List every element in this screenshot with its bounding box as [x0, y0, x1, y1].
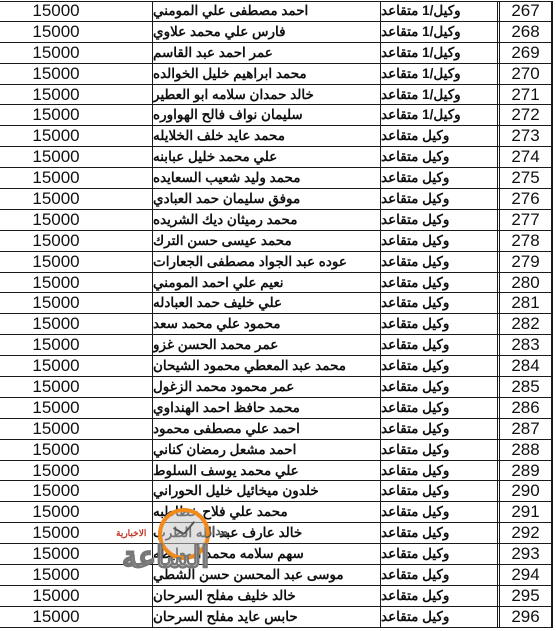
amount-cell: 15000 [0, 461, 153, 481]
amount-cell: 15000 [0, 481, 153, 501]
rank-cell: وكيل/1 متقاعد [380, 2, 497, 21]
name-cell: خالد عارف عبد الله الطرب [153, 523, 380, 543]
table-row: 15000 محمد حافظ احمد الهنداوي وكيل متقاع… [0, 398, 553, 419]
table-row: 15000 عمر محمد الحسن غزو وكيل متقاعد 283 [0, 335, 553, 356]
table-row: 15000 محمود علي محمد سعد وكيل متقاعد 282 [0, 314, 553, 335]
name-cell: محمود علي محمد سعد [153, 314, 380, 334]
rank-cell: وكيل/1 متقاعد [380, 85, 497, 105]
amount-cell: 15000 [0, 252, 153, 272]
rank-cell: وكيل متقاعد [380, 419, 497, 439]
name-cell: علي محمد يوسف السلوط [153, 461, 380, 481]
amount-cell: 15000 [0, 231, 153, 251]
name-cell: محمد عايد خلف الخلايله [153, 126, 380, 146]
rank-cell: وكيل/1 متقاعد [380, 64, 497, 84]
amount-cell: 15000 [0, 586, 153, 606]
amount-cell: 15000 [0, 43, 153, 63]
amount-cell: 15000 [0, 273, 153, 293]
amount-cell: 15000 [0, 565, 153, 585]
rank-cell: وكيل متقاعد [380, 398, 497, 418]
name-cell: احمد مصطفى علي المومني [153, 2, 380, 21]
serial-number-cell: 296 [497, 607, 553, 627]
table-row: 15000 حابس عايد مفلح السرحان وكيل متقاعد… [0, 607, 553, 628]
amount-cell: 15000 [0, 2, 153, 21]
serial-number-cell: 286 [497, 398, 553, 418]
table-row: 15000 خلدون ميخائيل خليل الحوراني وكيل م… [0, 481, 553, 502]
rank-cell: وكيل متقاعد [380, 481, 497, 501]
name-cell: محمد عبد المعطي محمود الشيحان [153, 356, 380, 376]
rank-cell: وكيل متقاعد [380, 523, 497, 543]
amount-cell: 15000 [0, 85, 153, 105]
rank-cell: وكيل متقاعد [380, 126, 497, 146]
rank-cell: وكيل متقاعد [380, 273, 497, 293]
amount-cell: 15000 [0, 293, 153, 313]
table-row: 15000 عوده عبد الجواد مصطفى الجعارات وكي… [0, 252, 553, 273]
amount-cell: 15000 [0, 377, 153, 397]
name-cell: احمد مشعل رمضان كناني [153, 440, 380, 460]
rank-cell: وكيل متقاعد [380, 607, 497, 627]
rank-cell: وكيل متقاعد [380, 377, 497, 397]
serial-number-cell: 281 [497, 293, 553, 313]
serial-number-cell: 268 [497, 22, 553, 42]
name-cell: سهم سلامه محمد المعايطه [153, 544, 380, 564]
rank-cell: وكيل متقاعد [380, 586, 497, 606]
serial-number-cell: 289 [497, 461, 553, 481]
table-row: 15000 عمر احمد عبد القاسم وكيل/1 متقاعد … [0, 43, 553, 64]
name-cell: علي خليف حمد العبادله [153, 293, 380, 313]
serial-number-cell: 291 [497, 502, 553, 522]
amount-cell: 15000 [0, 398, 153, 418]
name-cell: عوده عبد الجواد مصطفى الجعارات [153, 252, 380, 272]
table-row: 15000 نعيم علي احمد المومني وكيل متقاعد … [0, 273, 553, 294]
serial-number-cell: 292 [497, 523, 553, 543]
rank-cell: وكيل متقاعد [380, 189, 497, 209]
table-row: 15000 محمد ابراهيم خليل الخوالده وكيل/1 … [0, 64, 553, 85]
serial-number-cell: 290 [497, 481, 553, 501]
serial-number-cell: 293 [497, 544, 553, 564]
table-row: 15000 محمد عيسى حسن الترك وكيل متقاعد 27… [0, 231, 553, 252]
rank-cell: وكيل/1 متقاعد [380, 105, 497, 125]
name-cell: محمد حافظ احمد الهنداوي [153, 398, 380, 418]
serial-number-cell: 269 [497, 43, 553, 63]
rank-cell: وكيل متقاعد [380, 210, 497, 230]
table-row: 15000 سهم سلامه محمد المعايطه وكيل متقاع… [0, 544, 553, 565]
serial-number-cell: 284 [497, 356, 553, 376]
rank-cell: وكيل متقاعد [380, 356, 497, 376]
amount-cell: 15000 [0, 314, 153, 334]
serial-number-cell: 294 [497, 565, 553, 585]
serial-number-cell: 279 [497, 252, 553, 272]
name-cell: محمد وليد شعيب السعايده [153, 168, 380, 188]
rank-cell: وكيل متقاعد [380, 461, 497, 481]
table-row: 15000 علي محمد يوسف السلوط وكيل متقاعد 2… [0, 461, 553, 482]
amount-cell: 15000 [0, 356, 153, 376]
name-cell: نعيم علي احمد المومني [153, 273, 380, 293]
serial-number-cell: 285 [497, 377, 553, 397]
name-cell: محمد رميثان ديك الشريده [153, 210, 380, 230]
serial-number-cell: 273 [497, 126, 553, 146]
name-cell: علي محمد خليل عبابنه [153, 147, 380, 167]
name-cell: محمد ابراهيم خليل الخوالده [153, 64, 380, 84]
name-cell: محمد عيسى حسن الترك [153, 231, 380, 251]
amount-cell: 15000 [0, 544, 153, 564]
table-row: 15000 محمد عايد خلف الخلايله وكيل متقاعد… [0, 126, 553, 147]
serial-number-cell: 278 [497, 231, 553, 251]
rank-cell: وكيل متقاعد [380, 565, 497, 585]
rank-cell: وكيل/1 متقاعد [380, 22, 497, 42]
rank-cell: وكيل متقاعد [380, 168, 497, 188]
serial-number-cell: 272 [497, 105, 553, 125]
name-cell: سليمان نواف فالح الهواوره [153, 105, 380, 125]
rank-cell: وكيل متقاعد [380, 440, 497, 460]
table-row: 15000 محمد علي فلاح خطاطبه وكيل متقاعد 2… [0, 502, 553, 523]
amount-cell: 15000 [0, 126, 153, 146]
serial-number-cell: 267 [497, 2, 553, 21]
table-row: 15000 محمد وليد شعيب السعايده وكيل متقاع… [0, 168, 553, 189]
rank-cell: وكيل متقاعد [380, 231, 497, 251]
table-row: 15000 محمد رميثان ديك الشريده وكيل متقاع… [0, 210, 553, 231]
amount-cell: 15000 [0, 523, 153, 543]
serial-number-cell: 287 [497, 419, 553, 439]
rank-cell: وكيل متقاعد [380, 252, 497, 272]
name-cell: عمر محمد الحسن غزو [153, 335, 380, 355]
table-row: 15000 خالد حمدان سلامه ابو العطير وكيل/1… [0, 85, 553, 106]
rank-cell: وكيل متقاعد [380, 147, 497, 167]
name-cell: موفق سليمان حمد العبادي [153, 189, 380, 209]
serial-number-cell: 270 [497, 64, 553, 84]
amount-cell: 15000 [0, 22, 153, 42]
name-cell: عمر احمد عبد القاسم [153, 43, 380, 63]
amount-cell: 15000 [0, 440, 153, 460]
name-cell: حابس عايد مفلح السرحان [153, 607, 380, 627]
serial-number-cell: 280 [497, 273, 553, 293]
table-row: 15000 احمد علي مصطفى محمود وكيل متقاعد 2… [0, 419, 553, 440]
personnel-table: 15000 احمد مصطفى علي المومني وكيل/1 متقا… [0, 1, 553, 628]
table-row: 15000 علي محمد خليل عبابنه وكيل متقاعد 2… [0, 147, 553, 168]
serial-number-cell: 282 [497, 314, 553, 334]
amount-cell: 15000 [0, 419, 153, 439]
name-cell: موسى عبد المحسن حسن الشطي [153, 565, 380, 585]
rank-cell: وكيل متقاعد [380, 502, 497, 522]
serial-number-cell: 283 [497, 335, 553, 355]
serial-number-cell: 288 [497, 440, 553, 460]
serial-number-cell: 295 [497, 586, 553, 606]
rank-cell: وكيل متقاعد [380, 293, 497, 313]
serial-number-cell: 277 [497, 210, 553, 230]
amount-cell: 15000 [0, 335, 153, 355]
table-row: 15000 عمر محمود محمد الزغول وكيل متقاعد … [0, 377, 553, 398]
table-row: 15000 خالد عارف عبد الله الطرب وكيل متقا… [0, 523, 553, 544]
table-row: 15000 سليمان نواف فالح الهواوره وكيل/1 م… [0, 105, 553, 126]
amount-cell: 15000 [0, 105, 153, 125]
rank-cell: وكيل/1 متقاعد [380, 43, 497, 63]
table-row: 15000 احمد مصطفى علي المومني وكيل/1 متقا… [0, 1, 553, 22]
amount-cell: 15000 [0, 168, 153, 188]
name-cell: خالد حمدان سلامه ابو العطير [153, 85, 380, 105]
amount-cell: 15000 [0, 189, 153, 209]
table-row: 15000 موسى عبد المحسن حسن الشطي وكيل متق… [0, 565, 553, 586]
amount-cell: 15000 [0, 147, 153, 167]
name-cell: فارس علي محمد علاوي [153, 22, 380, 42]
amount-cell: 15000 [0, 64, 153, 84]
serial-number-cell: 275 [497, 168, 553, 188]
table-row: 15000 علي خليف حمد العبادله وكيل متقاعد … [0, 293, 553, 314]
serial-number-cell: 274 [497, 147, 553, 167]
table-row: 15000 خالد خليف مفلح السرحان وكيل متقاعد… [0, 586, 553, 607]
name-cell: محمد علي فلاح خطاطبه [153, 502, 380, 522]
rank-cell: وكيل متقاعد [380, 335, 497, 355]
amount-cell: 15000 [0, 607, 153, 627]
rank-cell: وكيل متقاعد [380, 544, 497, 564]
serial-number-cell: 271 [497, 85, 553, 105]
table-row: 15000 احمد مشعل رمضان كناني وكيل متقاعد … [0, 440, 553, 461]
name-cell: خالد خليف مفلح السرحان [153, 586, 380, 606]
table-row: 15000 فارس علي محمد علاوي وكيل/1 متقاعد … [0, 22, 553, 43]
amount-cell: 15000 [0, 210, 153, 230]
amount-cell: 15000 [0, 502, 153, 522]
serial-number-cell: 276 [497, 189, 553, 209]
name-cell: احمد علي مصطفى محمود [153, 419, 380, 439]
table-row: 15000 محمد عبد المعطي محمود الشيحان وكيل… [0, 356, 553, 377]
name-cell: عمر محمود محمد الزغول [153, 377, 380, 397]
name-cell: خلدون ميخائيل خليل الحوراني [153, 481, 380, 501]
rank-cell: وكيل متقاعد [380, 314, 497, 334]
table-row: 15000 موفق سليمان حمد العبادي وكيل متقاع… [0, 189, 553, 210]
